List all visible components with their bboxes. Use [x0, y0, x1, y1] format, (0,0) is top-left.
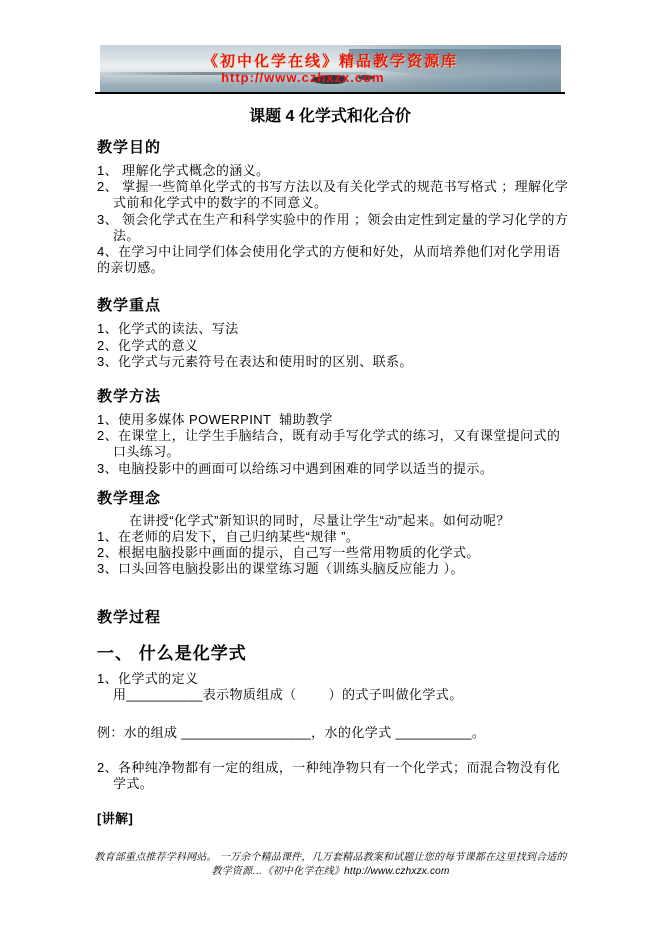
text-line: 4、在学习中让同学们体会使用化学式的方便和好处，从而培养他们对化学用语	[97, 244, 571, 260]
section-key-points: 教学重点 1、化学式的读法、写法 2、化学式的意义 3、化学式与元素符号在表达和…	[97, 296, 571, 370]
text-line: 3、电脑投影中的画面可以给练习中遇到困难的同学以适当的提示。	[97, 461, 571, 477]
text-line: 1、化学式的定义	[97, 671, 571, 687]
banner-site-title: 《初中化学在线》精品教学资源库	[100, 50, 561, 71]
text-line: 2、根据电脑投影中画面的提示，自己写一些常用物质的化学式。	[97, 545, 571, 561]
text-line: 2、化学式的意义	[97, 338, 571, 354]
explain-label: [讲解]	[97, 810, 571, 827]
page-title: 课题 4 化学式和化合价	[95, 103, 565, 126]
section-objectives: 教学目的 1、 理解化学式概念的涵义。 2、 掌握一些简单化学式的书写方法以及有…	[97, 138, 571, 276]
section-methods: 教学方法 1、使用多媒体 POWERPINT 辅助教学 2、在课堂上，让学生手脑…	[97, 387, 571, 477]
footer-line-2: 教学资源…《初中化学在线》http://www.czhxzx.com	[0, 865, 661, 879]
document-body: 教学目的 1、 理解化学式概念的涵义。 2、 掌握一些简单化学式的书写方法以及有…	[97, 138, 571, 827]
banner-site-url: http://www.czhxzx.com	[100, 70, 506, 85]
text-line: 学式。	[97, 776, 571, 792]
text-line: 3、口头回答电脑投影出的课堂练习题（训练头脑反应能力 ）。	[97, 561, 571, 577]
site-banner-image: 《初中化学在线》精品教学资源库 http://www.czhxzx.com	[100, 45, 561, 92]
what-is-formula-heading: 一、 什么是化学式	[97, 643, 571, 665]
section-philosophy: 教学理念 在讲授“化学式”新知识的同时，尽量让学生“动”起来。如何动呢？ 1、在…	[97, 489, 571, 578]
key-points-heading: 教学重点	[97, 296, 571, 315]
objectives-heading: 教学目的	[97, 138, 571, 157]
text-line: 式前和化学式中的数字的不同意义。	[97, 195, 571, 211]
methods-heading: 教学方法	[97, 387, 571, 406]
fill-blank-line: 用__________表示物质组成（ ）的式子叫做化学式。	[97, 687, 571, 703]
text-line: 2、在课堂上，让学生手脑结合，既有动手写化学式的练习，又有课堂提问式的	[97, 428, 571, 444]
example-line: 例：水的组成 _________________，水的化学式 _________…	[97, 725, 571, 741]
text-line: 1、使用多媒体 POWERPINT 辅助教学	[97, 412, 571, 428]
text-line: 的亲切感。	[97, 260, 571, 276]
text-line: 3、化学式与元素符号在表达和使用时的区别、联系。	[97, 354, 571, 370]
text-line: 1、化学式的读法、写法	[97, 321, 571, 337]
text-line: 1、 理解化学式概念的涵义。	[97, 163, 571, 179]
text-line: 3、 领会化学式在生产和科学实验中的作用 ；领会由定性到定量的学习化学的方	[97, 212, 571, 228]
philosophy-heading: 教学理念	[97, 489, 571, 508]
section-process: 教学过程 一、 什么是化学式 1、化学式的定义 用__________表示物质组…	[97, 608, 571, 827]
footer-line-1: 教育部重点推荐学科网站。 一万余个精品课件，几万套精品教案和试题让您的每节课都在…	[0, 851, 661, 865]
text-line: 法。	[97, 228, 571, 244]
document-page: 《初中化学在线》精品教学资源库 http://www.czhxzx.com 课题…	[0, 0, 661, 935]
text-line: 2、 掌握一些简单化学式的书写方法以及有关化学式的规范书写格式 ；理解化学	[97, 179, 571, 195]
text-line: 1、在老师的启发下，自己归纳某些“规律 ”。	[97, 529, 571, 545]
header-divider	[95, 92, 565, 94]
text-line: 在讲授“化学式”新知识的同时，尽量让学生“动”起来。如何动呢？	[97, 513, 571, 529]
text-line: 口头练习。	[97, 444, 571, 460]
process-heading: 教学过程	[97, 608, 571, 627]
text-line: 2、各种纯净物都有一定的组成，一种纯净物只有一个化学式；而混合物没有化	[97, 760, 571, 776]
footer-note: 教育部重点推荐学科网站。 一万余个精品课件，几万套精品教案和试题让您的每节课都在…	[0, 851, 661, 879]
